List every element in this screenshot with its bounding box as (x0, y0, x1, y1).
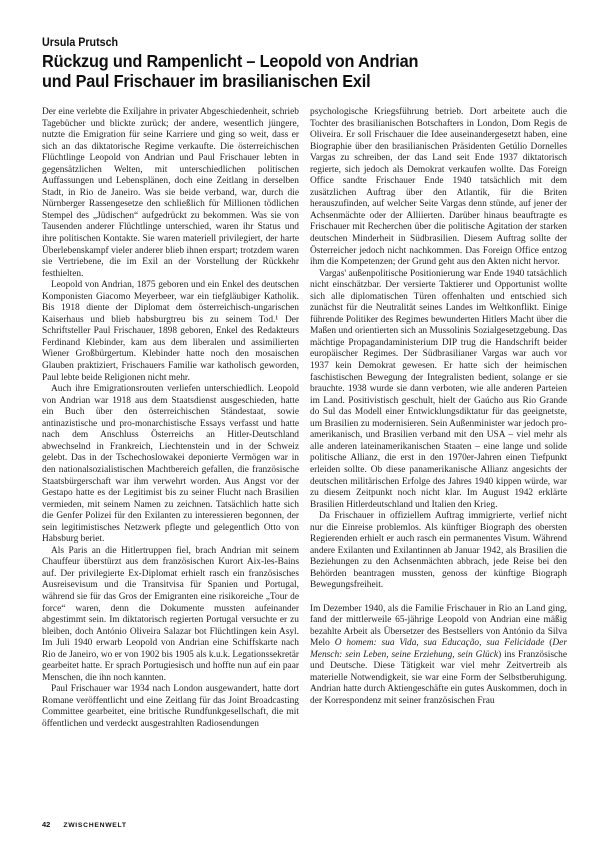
page-number: 42 (42, 820, 50, 829)
title-line-1: Rückzug und Rampenlicht – Leopold von An… (42, 52, 530, 72)
paragraph: Auch ihre Emigrationsrouten verliefen un… (42, 384, 299, 546)
text-segment: Leopold von Andrian, 1875 geboren und ei… (42, 280, 299, 382)
paragraph: Der eine verlebte die Exiljahre in priva… (42, 107, 299, 280)
page-footer: 42 ZWISCHENWELT (42, 820, 127, 829)
paragraph: Im Dezember 1940, als die Familie Frisch… (310, 604, 567, 708)
italic-book-title: O homem: sua Vida, sua Educação, sua Fel… (335, 638, 545, 648)
paragraph: Als Paris an die Hitlertruppen fiel, bra… (42, 546, 299, 685)
title-line-2: und Paul Frischauer im brasilianischen E… (42, 72, 530, 92)
text-segment: Vargas' außenpolitische Positionierung w… (310, 269, 567, 510)
paragraph: Paul Frischauer war 1934 nach London aus… (42, 684, 299, 730)
paragraph: psychologische Kriegsführung betrieb. Do… (310, 107, 567, 269)
text-segment: Da Frischauer in offiziellem Auftrag imm… (310, 511, 567, 590)
column-right: psychologische Kriegsführung betrieb. Do… (310, 107, 567, 731)
article-title: Rückzug und Rampenlicht – Leopold von An… (42, 52, 530, 91)
text-segment: Paul Frischauer war 1934 nach London aus… (42, 684, 299, 729)
author-name: Ursula Prutsch (42, 36, 530, 50)
text-segment: Als Paris an die Hitlertruppen fiel, bra… (42, 546, 299, 683)
article-header: Ursula Prutsch Rückzug und Rampenlicht –… (42, 36, 530, 91)
text-segment: Der eine verlebte die Exiljahre in priva… (42, 107, 299, 279)
text-segment: psychologische Kriegsführung betrieb. Do… (310, 107, 567, 267)
paragraph: Leopold von Andrian, 1875 geboren und ei… (42, 280, 299, 384)
paragraph: Da Frischauer in offiziellem Auftrag imm… (310, 511, 567, 592)
column-left: Der eine verlebte die Exiljahre in priva… (42, 107, 299, 731)
journal-page: Ursula Prutsch Rückzug und Rampenlicht –… (0, 0, 600, 849)
paragraph: Vargas' außenpolitische Positionierung w… (310, 269, 567, 511)
text-columns: Der eine verlebte die Exiljahre in priva… (42, 107, 567, 731)
text-segment: Auch ihre Emigrationsrouten verliefen un… (42, 384, 299, 544)
journal-name: ZWISCHENWELT (63, 822, 126, 829)
